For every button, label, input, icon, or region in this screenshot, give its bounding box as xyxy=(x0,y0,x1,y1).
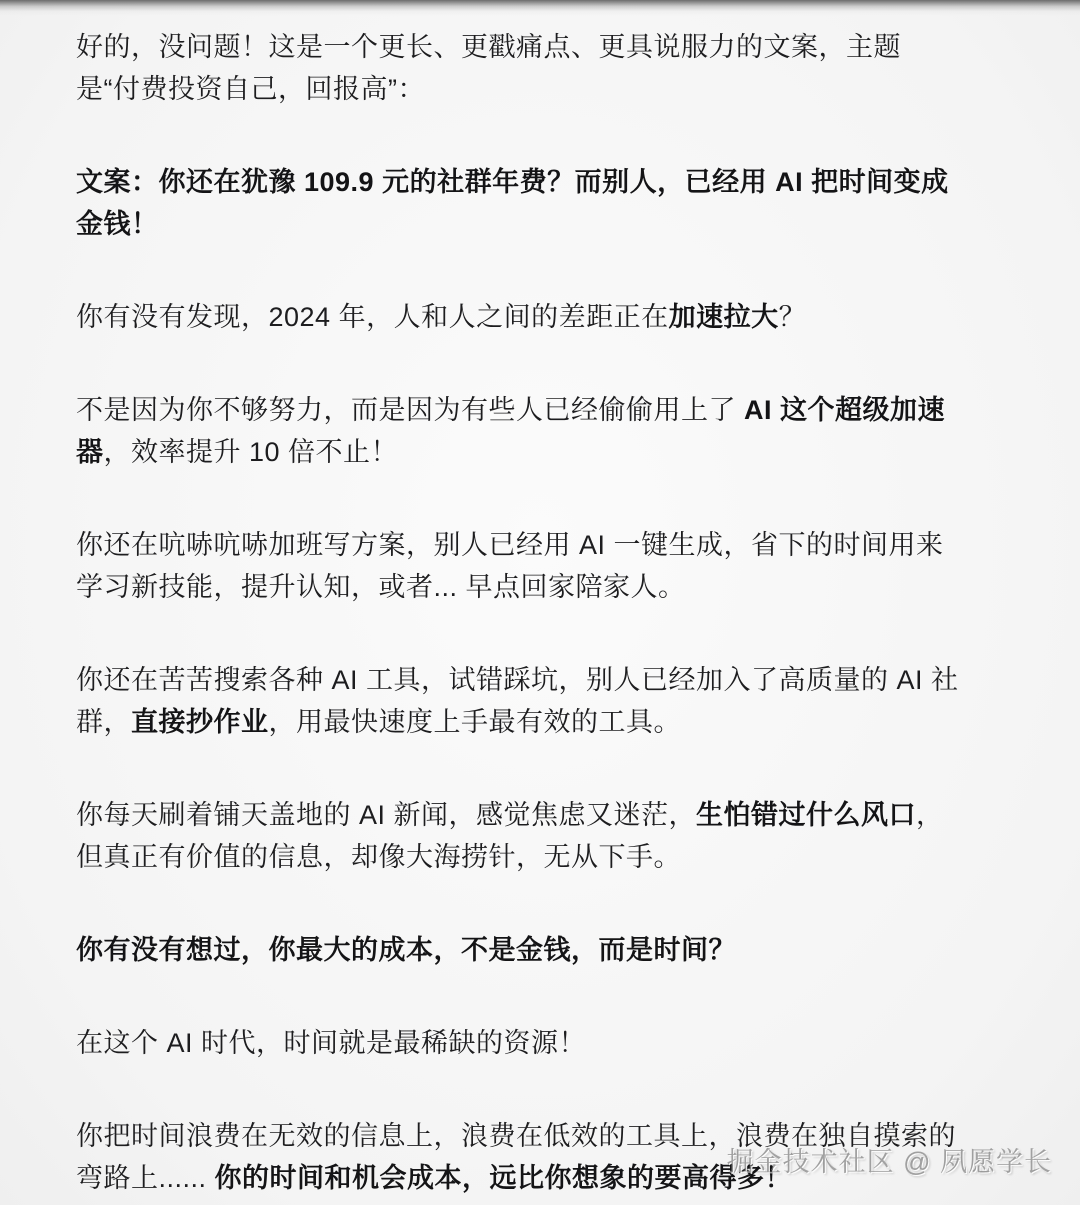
paragraph: 你有没有想过，你最大的成本，不是金钱，而是时间？ xyxy=(76,929,964,971)
page: { "page": { "background_color": "#f6f6f6… xyxy=(0,0,1080,1205)
paragraph: 你还在苦苦搜索各种 AI 工具，试错踩坑，别人已经加入了高质量的 AI 社群，直… xyxy=(76,659,964,743)
text-segment-bold: 文案：你还在犹豫 109.9 元的社群年费？而别人，已经用 AI 把时间变成金钱… xyxy=(76,167,949,239)
paragraph: 你有没有发现，2024 年，人和人之间的差距正在加速拉大？ xyxy=(76,296,964,338)
paragraph: 好的，没问题！这是一个更长、更戳痛点、更具说服力的文案，主题是“付费投资自己，回… xyxy=(76,26,964,110)
text-segment: ，效率提升 10 倍不止！ xyxy=(104,437,399,467)
paragraph: 不是因为你不够努力，而是因为有些人已经偷偷用上了 AI 这个超级加速器，效率提升… xyxy=(76,389,964,473)
paragraph: 你还在吭哧吭哧加班写方案，别人已经用 AI 一键生成，省下的时间用来学习新技能，… xyxy=(76,524,964,608)
text-segment: 你还在吭哧吭哧加班写方案，别人已经用 AI 一键生成，省下的时间用来学习新技能，… xyxy=(76,530,944,602)
text-segment-bold: 加速拉大 xyxy=(669,302,779,332)
text-segment: 你每天刷着铺天盖地的 AI 新闻，感觉焦虑又迷茫， xyxy=(76,800,696,830)
text-segment: 在这个 AI 时代，时间就是最稀缺的资源！ xyxy=(76,1028,586,1058)
text-segment: ？ xyxy=(779,302,807,332)
paragraph: 在这个 AI 时代，时间就是最稀缺的资源！ xyxy=(76,1022,964,1064)
text-segment-bold: 生怕错过什么风口 xyxy=(696,800,916,830)
text-segment-bold: 直接抄作业 xyxy=(131,707,269,737)
text-segment: 你有没有发现，2024 年，人和人之间的差距正在 xyxy=(76,302,669,332)
text-segment-bold: 你的时间和机会成本，远比你想象的要高得多！ xyxy=(215,1163,793,1193)
paragraph: 你把时间浪费在无效的信息上，浪费在低效的工具上，浪费在独自摸索的弯路上.....… xyxy=(76,1115,964,1199)
text-segment: 好的，没问题！这是一个更长、更戳痛点、更具说服力的文案，主题是“付费投资自己，回… xyxy=(76,32,901,104)
paragraph: 你每天刷着铺天盖地的 AI 新闻，感觉焦虑又迷茫，生怕错过什么风口，但真正有价值… xyxy=(76,794,964,878)
text-segment: 不是因为你不够努力，而是因为有些人已经偷偷用上了 xyxy=(76,395,744,425)
text-segment-bold: 你有没有想过，你最大的成本，不是金钱，而是时间？ xyxy=(76,935,736,965)
text-segment: ，用最快速度上手最有效的工具。 xyxy=(269,707,682,737)
paragraph: 文案：你还在犹豫 109.9 元的社群年费？而别人，已经用 AI 把时间变成金钱… xyxy=(76,161,964,245)
chat-message-text: 好的，没问题！这是一个更长、更戳痛点、更具说服力的文案，主题是“付费投资自己，回… xyxy=(0,0,1080,1199)
